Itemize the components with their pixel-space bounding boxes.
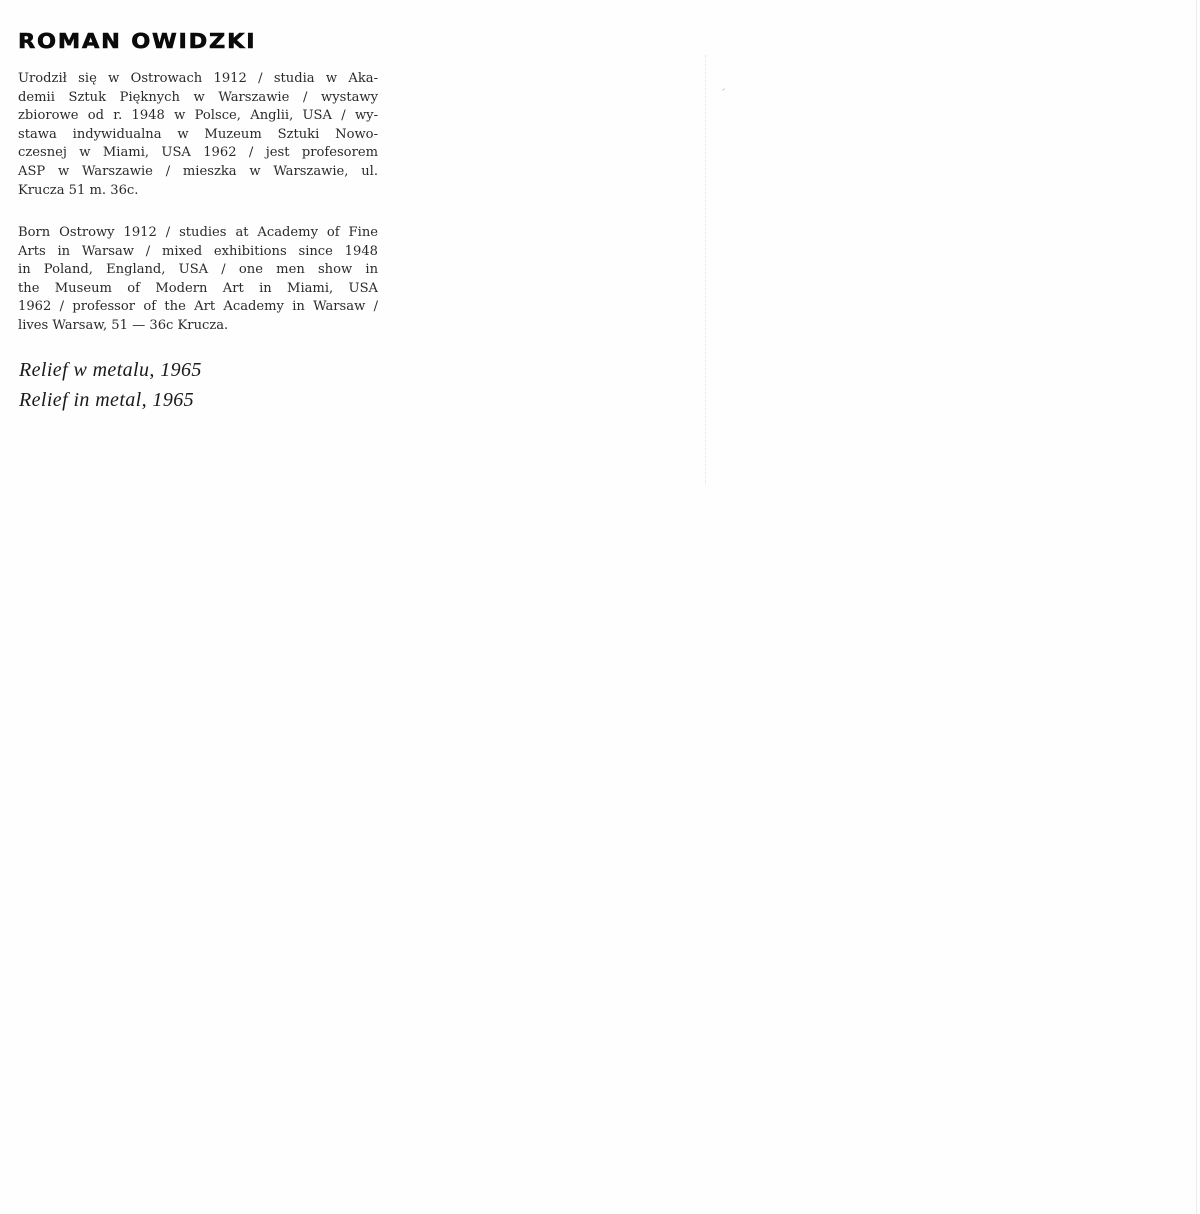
scan-speck [722, 88, 725, 91]
page-fold-line [705, 55, 706, 485]
bio-polish-line: ASP w Warszawie / mieszka w Warszawie, u… [18, 163, 378, 182]
artist-name-heading: ROMAN OWIDZKI [18, 29, 256, 53]
bio-polish-line: Krucza 51 m. 36c. [18, 182, 378, 201]
bio-polish-line: Urodził się w Ostrowach 1912 / studia w … [18, 70, 378, 89]
bio-english-line: the Museum of Modern Art in Miami, USA [18, 280, 378, 299]
bio-polish-line: czesnej w Miami, USA 1962 / jest profeso… [18, 144, 378, 163]
bio-english-line: in Poland, England, USA / one men show i… [18, 261, 378, 280]
bio-polish-line: stawa indywidualna w Muzeum Sztuki Nowo- [18, 126, 378, 145]
bio-english-line: 1962 / professor of the Art Academy in W… [18, 298, 378, 317]
bio-english: Born Ostrowy 1912 / studies at Academy o… [18, 224, 378, 336]
artwork-caption-english: Relief in metal, 1965 [19, 385, 194, 415]
page-edge [1196, 0, 1197, 1214]
bio-english-line: Arts in Warsaw / mixed exhibitions since… [18, 243, 378, 262]
bio-english-line: lives Warsaw, 51 — 36c Krucza. [18, 317, 378, 336]
artwork-caption-polish: Relief w metalu, 1965 [19, 355, 202, 385]
bio-polish-line: zbiorowe od r. 1948 w Polsce, Anglii, US… [18, 107, 378, 126]
catalog-page: ROMAN OWIDZKI Urodził się w Ostrowach 19… [0, 0, 1200, 1214]
bio-polish: Urodził się w Ostrowach 1912 / studia w … [18, 70, 378, 200]
bio-polish-line: demii Sztuk Pięknych w Warszawie / wysta… [18, 89, 378, 108]
bio-english-line: Born Ostrowy 1912 / studies at Academy o… [18, 224, 378, 243]
